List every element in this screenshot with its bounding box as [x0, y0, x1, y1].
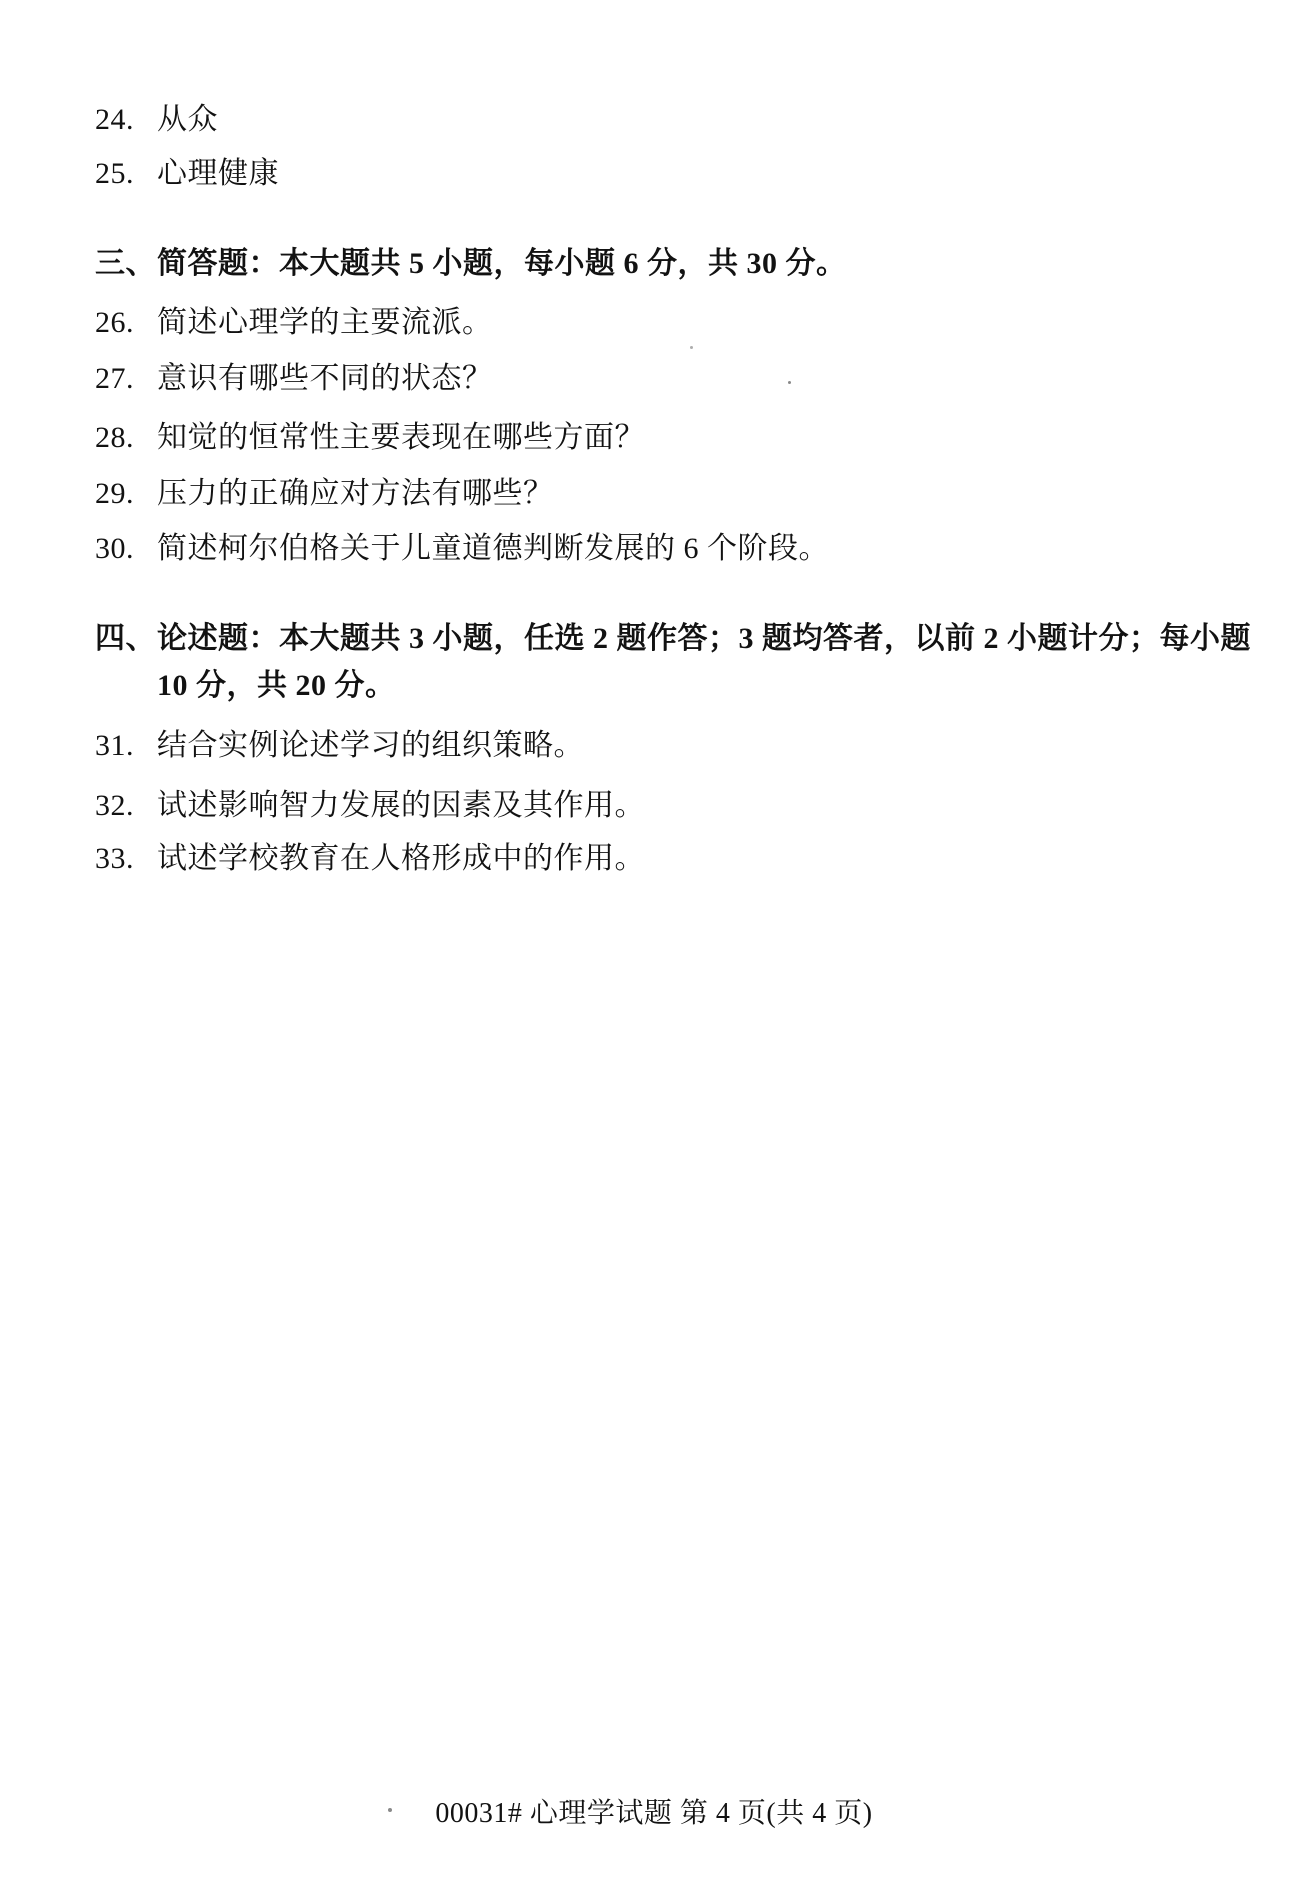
question-33: 33. 试述学校教育在人格形成中的作用。	[95, 840, 645, 878]
item-text: 压力的正确应对方法有哪些？	[157, 475, 554, 513]
scan-speck	[690, 346, 693, 349]
item-text: 试述影响智力发展的因素及其作用。	[157, 787, 645, 825]
item-text: 心理健康	[157, 155, 279, 193]
question-32: 32. 试述影响智力发展的因素及其作用。	[95, 787, 645, 825]
item-text: 结合实例论述学习的组织策略。	[157, 727, 584, 765]
section-heading-text: 论述题：本大题共 3 小题，任选 2 题作答；3 题均答者，以前 2 小题计分；…	[157, 620, 1251, 658]
item-text: 简述柯尔伯格关于儿童道德判断发展的 6 个阶段。	[157, 530, 829, 568]
section-label: 四、	[95, 620, 157, 658]
item-text: 从众	[157, 101, 218, 139]
item-number: 33.	[95, 840, 157, 878]
item-number: 26.	[95, 304, 157, 342]
section4-heading-line1: 四、 论述题：本大题共 3 小题，任选 2 题作答；3 题均答者，以前 2 小题…	[95, 620, 1251, 658]
term-item-25: 25. 心理健康	[95, 155, 279, 193]
item-number: 32.	[95, 787, 157, 825]
section-heading-text-continued: 10 分，共 20 分。	[157, 667, 396, 705]
question-27: 27. 意识有哪些不同的状态？	[95, 360, 493, 398]
item-text: 简述心理学的主要流派。	[157, 304, 493, 342]
question-31: 31. 结合实例论述学习的组织策略。	[95, 727, 584, 765]
item-number: 27.	[95, 360, 157, 398]
question-30: 30. 简述柯尔伯格关于儿童道德判断发展的 6 个阶段。	[95, 530, 829, 568]
section3-heading: 三、 简答题：本大题共 5 小题，每小题 6 分，共 30 分。	[95, 245, 847, 283]
item-number: 28.	[95, 419, 157, 457]
section-heading-text: 简答题：本大题共 5 小题，每小题 6 分，共 30 分。	[157, 245, 847, 283]
section4-heading-line2: 10 分，共 20 分。	[157, 667, 396, 705]
term-item-24: 24. 从众	[95, 101, 218, 139]
question-29: 29. 压力的正确应对方法有哪些？	[95, 475, 554, 513]
page-footer: 00031# 心理学试题 第 4 页(共 4 页)	[0, 1791, 1308, 1831]
item-number: 29.	[95, 475, 157, 513]
scan-speck	[388, 1808, 392, 1812]
item-text: 试述学校教育在人格形成中的作用。	[157, 840, 645, 878]
exam-page: 24. 从众 25. 心理健康 三、 简答题：本大题共 5 小题，每小题 6 分…	[0, 0, 1308, 1883]
scan-speck	[788, 381, 791, 384]
item-number: 30.	[95, 530, 157, 568]
question-26: 26. 简述心理学的主要流派。	[95, 304, 493, 342]
item-number: 31.	[95, 727, 157, 765]
item-text: 意识有哪些不同的状态？	[157, 360, 493, 398]
item-number: 24.	[95, 101, 157, 139]
item-number: 25.	[95, 155, 157, 193]
item-text: 知觉的恒常性主要表现在哪些方面？	[157, 419, 645, 457]
section-label: 三、	[95, 245, 157, 283]
question-28: 28. 知觉的恒常性主要表现在哪些方面？	[95, 419, 645, 457]
